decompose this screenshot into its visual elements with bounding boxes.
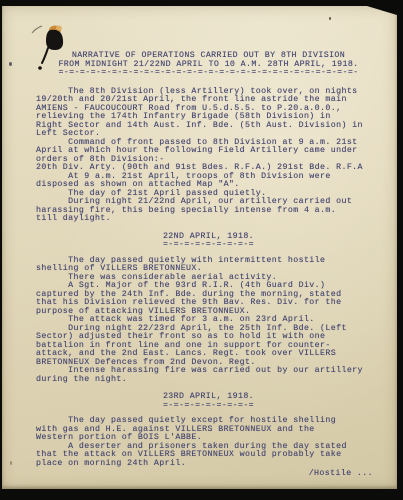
paper-speck: [329, 17, 331, 20]
section-22nd-april-body: The day passed quietly with intermittent…: [36, 257, 381, 385]
typewritten-text: NARRATIVE OF OPERATIONS CARRIED OUT BY 8…: [36, 52, 381, 479]
continuation-note: /Hostile ...: [36, 470, 381, 479]
paper-speck: [10, 461, 12, 465]
section-23rd-april-body: The day passed quietly except for hostil…: [36, 417, 381, 468]
section-21st-april-body: The 8th Division (less Artillery) took o…: [36, 88, 381, 224]
paper-sheet: NARRATIVE OF OPERATIONS CARRIED OUT BY 8…: [2, 6, 397, 489]
title-underline: =-=-=-=-=-=-=-=-=-=-=-=-=-=-=-=-=-=-=-=-…: [36, 69, 381, 78]
page-corner-shadow: [367, 6, 397, 15]
scanned-document-page: NARRATIVE OF OPERATIONS CARRIED OUT BY 8…: [0, 0, 403, 500]
section-22nd-april-heading-underline: =-=-=-=-=-=-=-=-=: [36, 241, 381, 250]
section-23rd-april-heading-underline: =-=-=-=-=-=-=-=-=: [36, 402, 381, 411]
paper-speck: [9, 62, 12, 66]
